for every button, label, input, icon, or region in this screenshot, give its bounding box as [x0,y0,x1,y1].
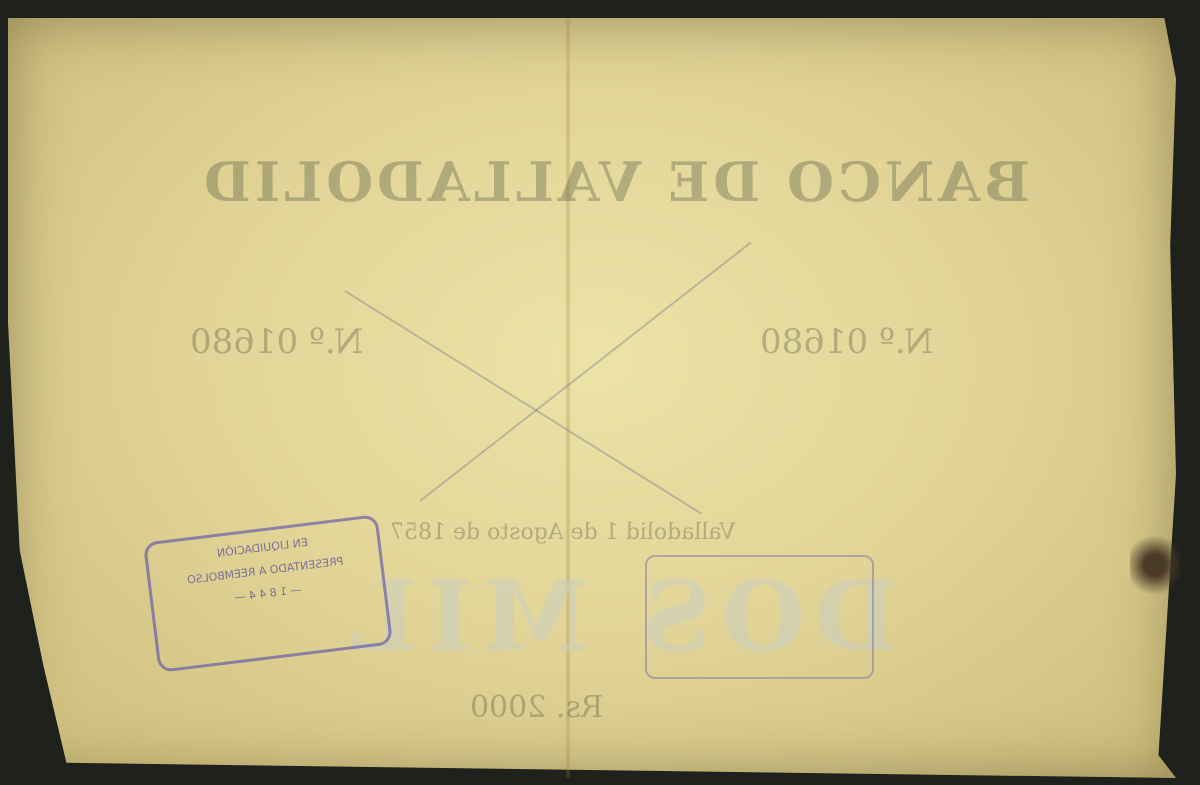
stamp-outline [645,555,874,679]
bank-title-showthrough: BANCO DE VALLADOLID [200,150,1030,214]
place-date-line: Valladolid 1 de Agosto de 1857 [390,520,735,545]
ink-stain [1130,530,1180,600]
value-line: Rs. 2000 [470,690,603,725]
serial-number-left: N.º 01680 [190,322,363,362]
serial-number-right: N.º 01680 [760,322,933,362]
